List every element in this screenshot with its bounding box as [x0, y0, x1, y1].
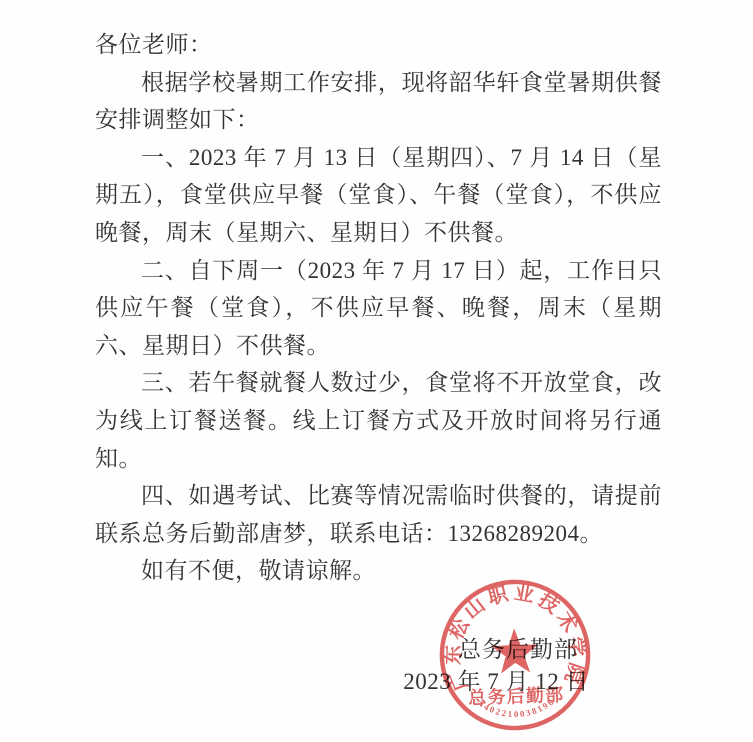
- document-page: 各位老师： 根据学校暑期工作安排，现将韶华轩食堂暑期供餐安排调整如下： 一、20…: [0, 0, 753, 742]
- item-4-paragraph: 四、如遇考试、比赛等情况需临时供餐的，请提前联系总务后勤部唐梦，联系电话：132…: [95, 477, 662, 552]
- item-1-paragraph: 一、2023 年 7 月 13 日（星期四）、7 月 14 日（星期五），食堂供…: [95, 139, 662, 252]
- intro-paragraph: 根据学校暑期工作安排，现将韶华轩食堂暑期供餐安排调整如下：: [95, 64, 662, 139]
- svg-text:4402210038196: 4402210038196: [476, 696, 557, 721]
- signature-department: 总务后勤部: [458, 631, 578, 664]
- signature-date: 2023 年 7 月 12 日: [403, 663, 589, 696]
- closing-paragraph: 如有不便，敬请谅解。: [95, 552, 662, 590]
- notice-body: 各位老师： 根据学校暑期工作安排，现将韶华轩食堂暑期供餐安排调整如下： 一、20…: [95, 26, 662, 590]
- seal-serial-number: 4402210038196: [476, 696, 557, 721]
- item-3-paragraph: 三、若午餐就餐人数过少，食堂将不开放堂食，改为线上订餐送餐。线上订餐方式及开放时…: [95, 364, 662, 477]
- greeting-line: 各位老师：: [95, 26, 662, 64]
- item-2-paragraph: 二、自下周一（2023 年 7 月 17 日）起，工作日只供应午餐（堂食），不供…: [95, 252, 662, 365]
